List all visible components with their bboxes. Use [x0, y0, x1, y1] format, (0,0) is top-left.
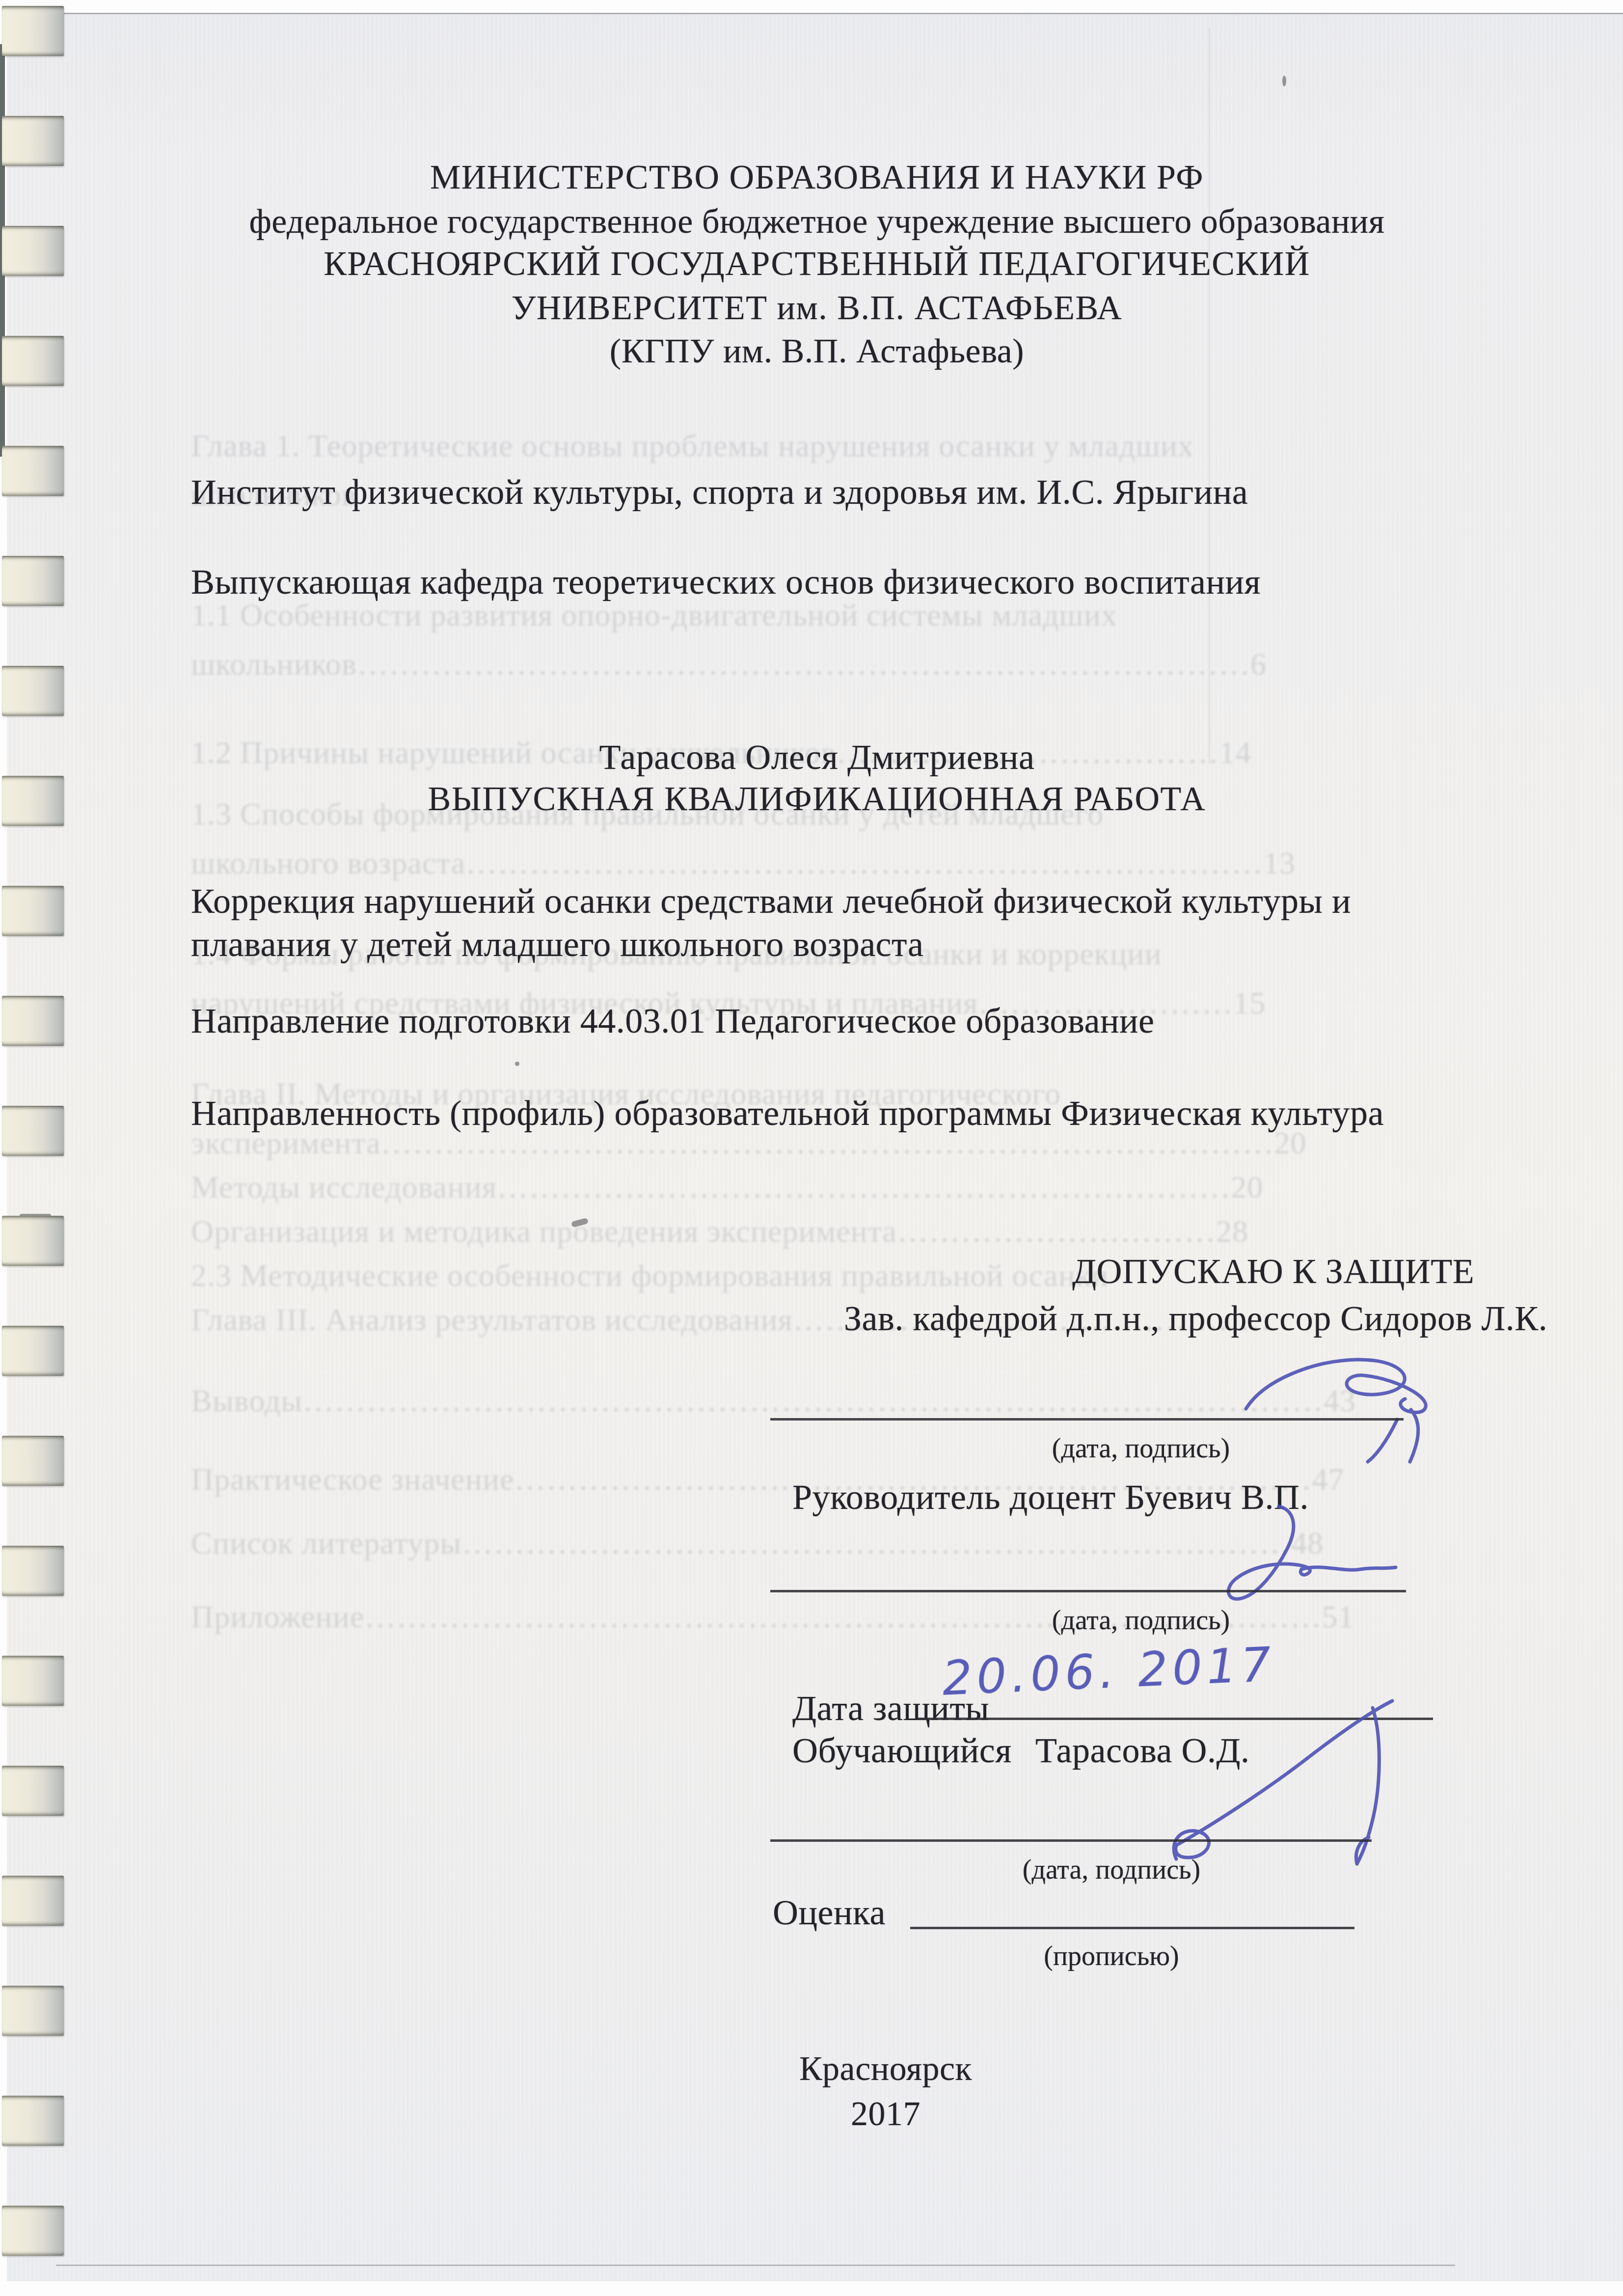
binding-tab	[2, 776, 64, 826]
comb-binding	[0, 0, 83, 2296]
bleedthrough-line: школьного возраста……………………………………………………………	[191, 845, 1296, 881]
header-university-line1: КРАСНОЯРСКИЙ ГОСУДАРСТВЕННЫЙ ПЕДАГОГИЧЕС…	[174, 245, 1460, 284]
binding-tab	[2, 1986, 64, 2036]
binding-tab	[2, 336, 64, 386]
bleedthrough-line: Методы исследования…………………………………………………………	[191, 1169, 1263, 1205]
binding-tab	[2, 1546, 64, 1596]
bleedthrough-line: Организация и методика проведения экспер…	[191, 1213, 1248, 1250]
bleedthrough-line: Глава 1. Теоретические основы проблемы н…	[191, 428, 1194, 464]
header-university-abbr: (КГПУ им. В.П. Астафьева)	[174, 332, 1460, 371]
binding-tab	[2, 1436, 64, 1486]
approval-heading: ДОПУСКАЮ К ЗАЩИТЕ	[1072, 1251, 1465, 1292]
student-date-signature-caption: (дата, подпись)	[1001, 1854, 1222, 1886]
student-signature	[1151, 1697, 1440, 1879]
supervisor-signature	[1183, 1500, 1399, 1610]
bleedthrough-line: школьников…………………………………………………………………………6	[191, 646, 1267, 683]
bleedthrough-line: Список литературы………………………………………………………………	[191, 1525, 1324, 1561]
page-background: Глава 1. Теоретические основы проблемы н…	[7, 13, 1623, 2281]
binding-tab	[2, 666, 64, 716]
binding-tab	[2, 116, 64, 166]
institute-line: Институт физической культуры, спорта и з…	[191, 472, 1248, 513]
header-institution-type: федеральное государственное бюджетное уч…	[174, 202, 1460, 242]
scanned-document-canvas: Глава 1. Теоретические основы проблемы н…	[0, 0, 1623, 2296]
grade-label: Оценка	[773, 1892, 886, 1933]
supervisor-date-signature-caption: (дата, подпись)	[1030, 1605, 1251, 1636]
direction-line: Направление подготовки 44.03.01 Педагоги…	[191, 1001, 1154, 1041]
binding-tab	[2, 1216, 64, 1266]
bleedthrough-line: 2.3 Методические особенности формировани…	[191, 1257, 1109, 1294]
binding-tab	[2, 2096, 64, 2146]
supervisor-signature-line	[770, 1590, 1406, 1592]
grade-line	[910, 1927, 1354, 1929]
profile-line: Направленность (профиль) образовательной…	[191, 1093, 1384, 1134]
department-line: Выпускающая кафедра теоретических основ …	[191, 562, 1261, 602]
binding-tab	[2, 2206, 64, 2256]
binding-tab	[2, 556, 64, 606]
work-type-title: ВЫПУСКНАЯ КВАЛИФИКАЦИОННАЯ РАБОТА	[174, 780, 1460, 819]
head-date-signature-caption: (дата, подпись)	[1030, 1433, 1251, 1464]
binding-tab	[2, 6, 64, 56]
student-label: Обучающийся	[792, 1731, 1012, 1770]
thesis-title-line2: плавания у детей младшего школьного возр…	[191, 925, 923, 964]
bleedthrough-line: 1.1 Особенности развития опорно-двигател…	[191, 597, 1117, 633]
scan-speck	[515, 1062, 519, 1066]
binding-tab	[2, 1106, 64, 1156]
binding-tab	[2, 886, 64, 936]
binding-tab	[2, 996, 64, 1046]
binding-tab	[2, 1766, 64, 1816]
binding-tab	[2, 1876, 64, 1926]
thesis-title: Коррекция нарушений осанки средствами ле…	[191, 879, 1487, 966]
student-signature-line	[770, 1839, 1372, 1842]
head-of-department-line: Зав. кафедрой д.п.н., профессор Сидоров …	[844, 1298, 1547, 1339]
binding-tab	[2, 1326, 64, 1376]
binding-tab	[2, 226, 64, 276]
binding-tab	[2, 1656, 64, 1706]
footer-year: 2017	[640, 2095, 1131, 2134]
scan-speck	[1282, 76, 1286, 86]
head-signature	[1239, 1346, 1460, 1464]
thesis-title-line1: Коррекция нарушений осанки средствами ле…	[191, 881, 1351, 921]
header-ministry: МИНИСТЕРСТВО ОБРАЗОВАНИЯ И НАУКИ РФ	[174, 158, 1460, 197]
author-name: Тарасова Олеся Дмитриевна	[174, 737, 1460, 778]
footer-city: Красноярск	[640, 2050, 1131, 2089]
header-university-line2: УНИВЕРСИТЕТ им. В.П. АСТАФЬЕВА	[174, 289, 1460, 328]
binding-tab	[2, 446, 64, 496]
bleedthrough-line: Выводы……………………………………………………………………………………43	[191, 1383, 1356, 1419]
grade-caption: (прописью)	[1013, 1941, 1210, 1972]
head-signature-line	[770, 1418, 1404, 1421]
